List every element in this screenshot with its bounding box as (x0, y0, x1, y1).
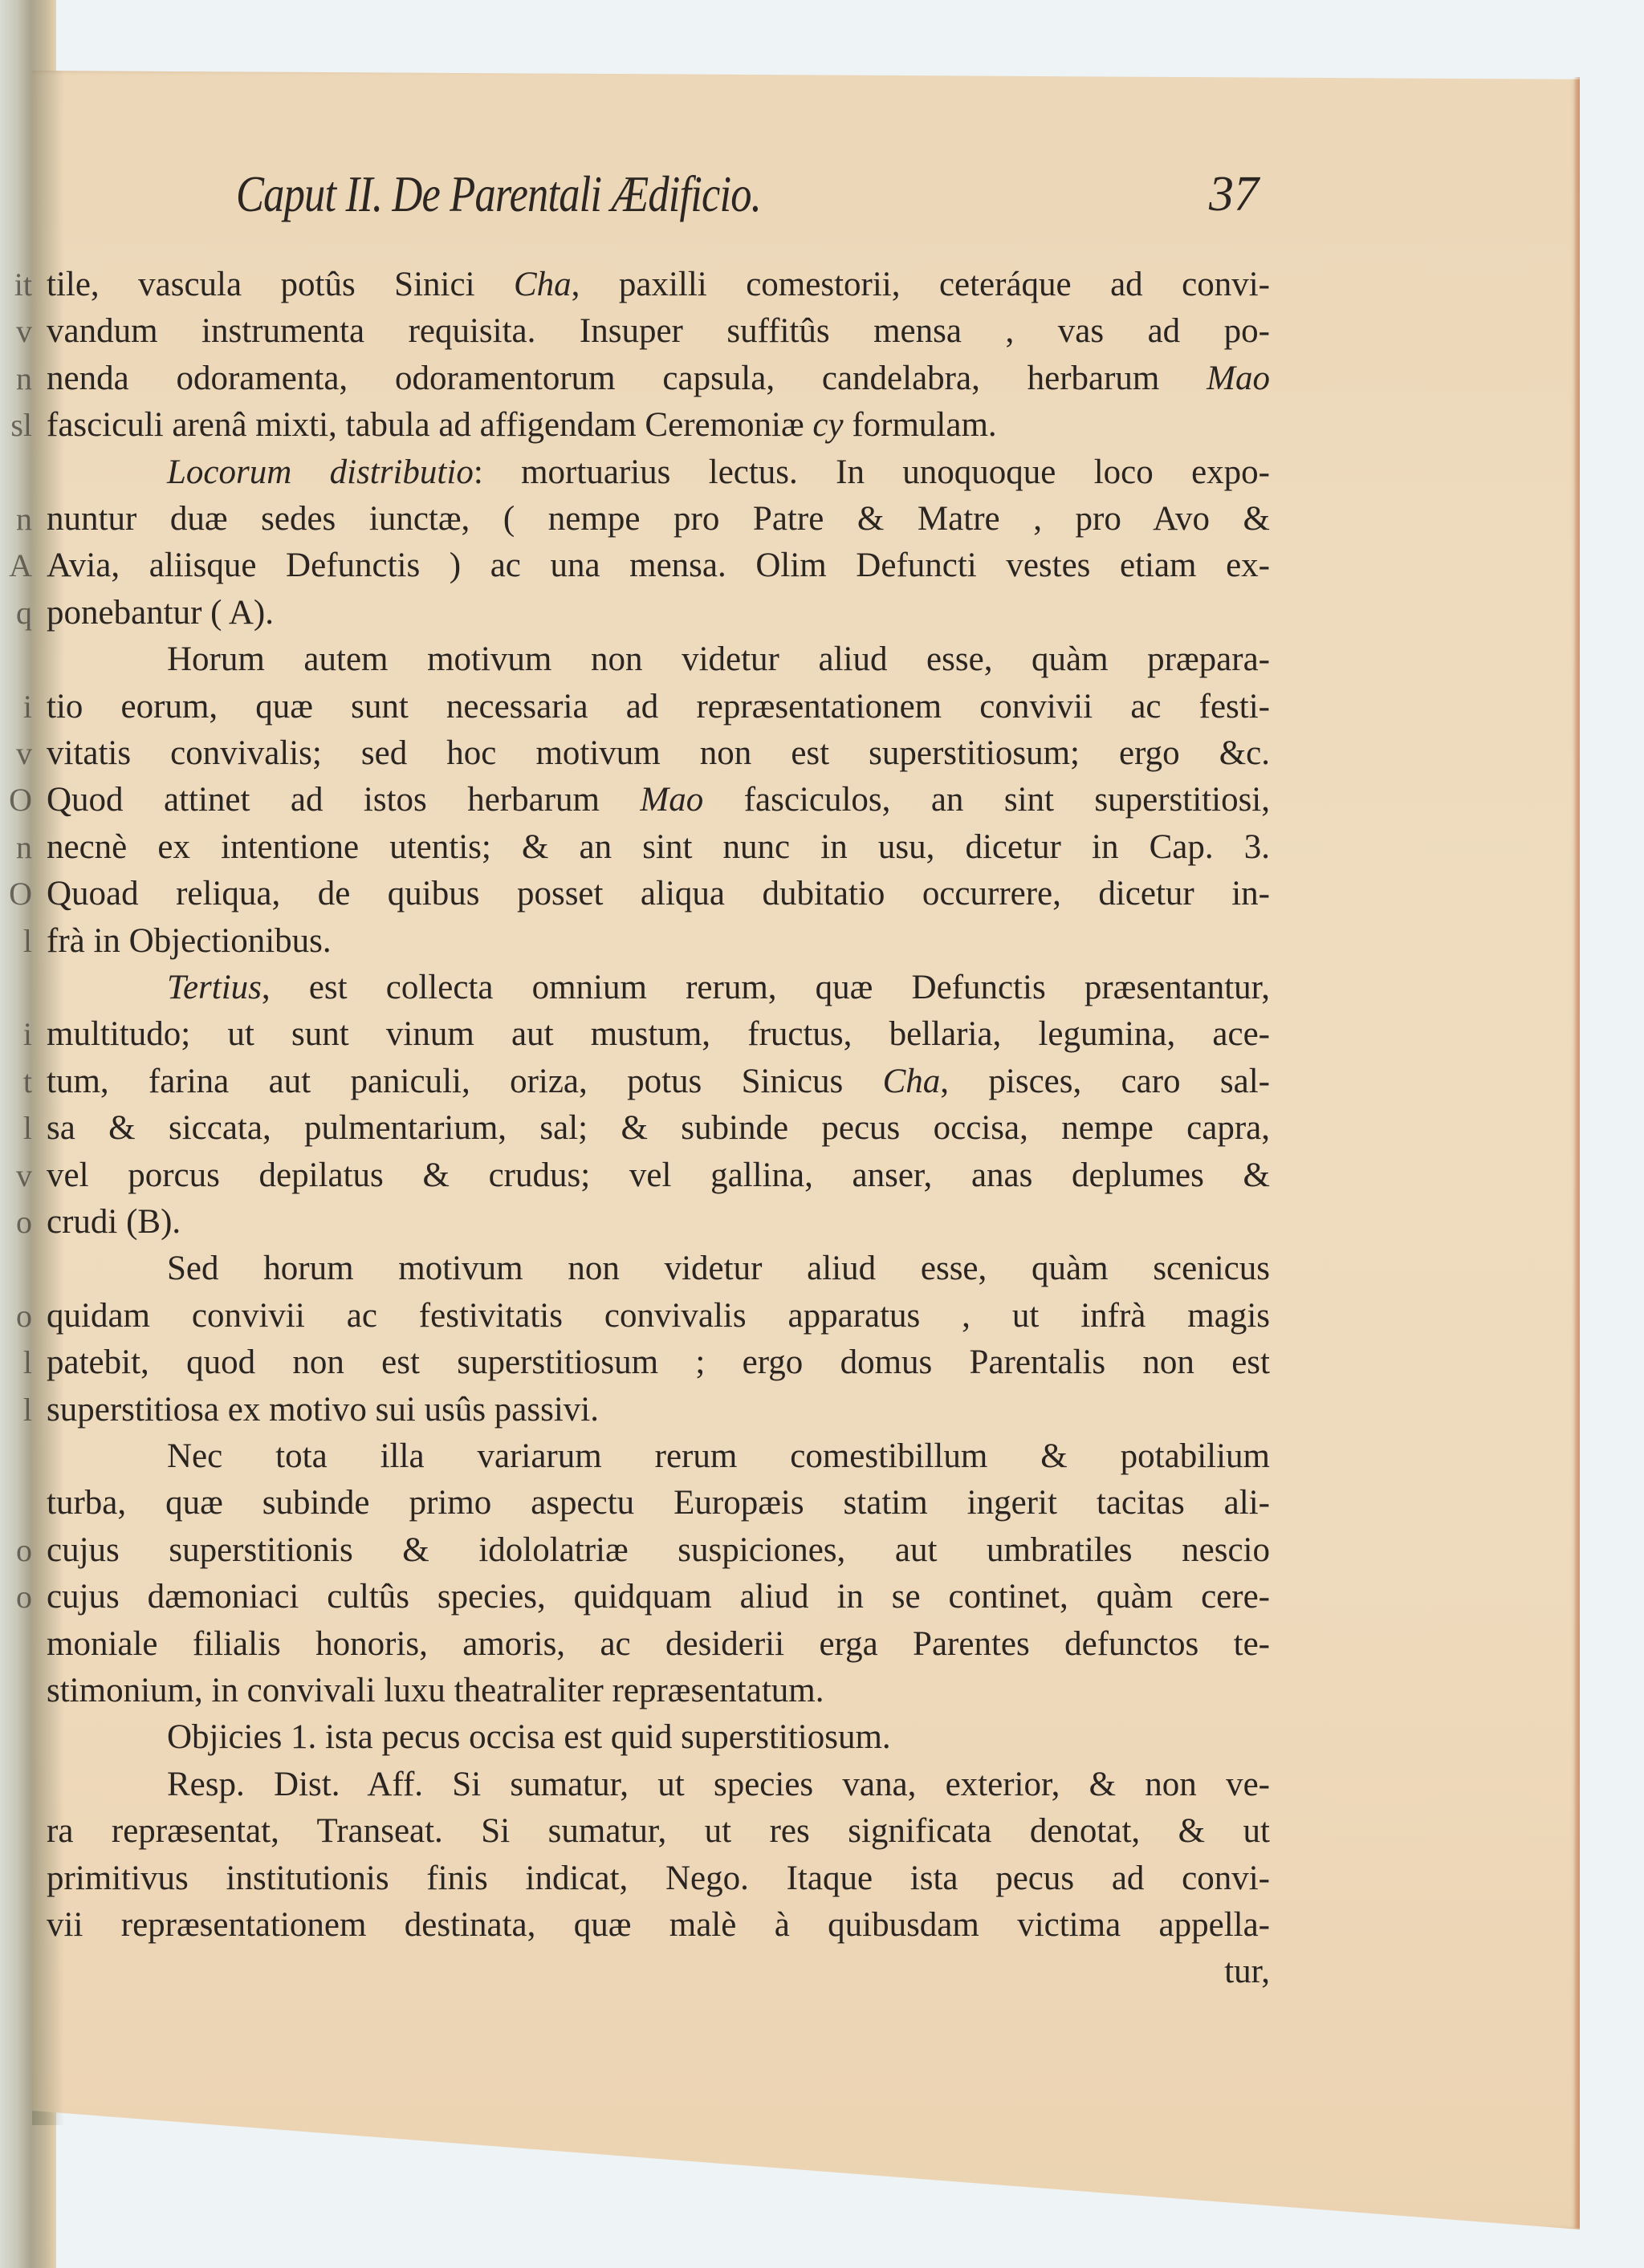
running-header: Caput II. De Parentali Ædificio. 37 (236, 165, 1272, 229)
margin-fragment: O (0, 871, 32, 917)
text-line: crudi (B). (47, 1199, 1270, 1246)
text-line: fasciculi arenâ mixti, tabula ad affigen… (47, 402, 1270, 449)
text-line: vitatis convivalis; sed hoc motivum non … (47, 730, 1270, 777)
text-line: tur, (47, 1949, 1270, 1995)
text-line: multitudo; ut sunt vinum aut mustum, fru… (47, 1011, 1270, 1058)
text-line: Resp. Dist. Aff. Si sumatur, ut species … (47, 1762, 1270, 1808)
margin-fragment: i (0, 684, 32, 730)
text-line: necnè ex intentione utentis; & an sint n… (47, 824, 1270, 871)
page-number: 37 (1209, 166, 1259, 223)
margin-fragment: v (0, 308, 32, 355)
text-line: Quod attinet ad istos herbarum Mao fasci… (47, 777, 1270, 823)
page-edge (1573, 77, 1580, 2228)
text-line: Avia, aliisque Defunctis ) ac una mensa.… (47, 543, 1270, 589)
margin-fragment: o (0, 1574, 32, 1620)
text-line: tile, vasculа potûs Sinici Cha, paxilli … (47, 262, 1270, 308)
text-line: ra repræsentat, Transeat. Si sumatur, ut… (47, 1808, 1270, 1855)
text-line: patebit, quod non est superstitiosum ; e… (47, 1339, 1270, 1386)
margin-fragment: n (0, 496, 32, 543)
margin-fragment: it (0, 262, 32, 308)
text-line: Nec tota illa variarum rerum comestibill… (47, 1433, 1270, 1480)
text-line: moniale filialis honoris, amoris, ac des… (47, 1621, 1270, 1668)
margin-fragment: l (0, 918, 32, 965)
margin-fragment: A (0, 543, 32, 589)
text-line: Tertius, est collecta omnium rerum, quæ … (47, 965, 1270, 1011)
margin-fragment: q (0, 590, 32, 636)
margin-fragment: o (0, 1527, 32, 1574)
text-line: quidam convivii ac festivitatis convival… (47, 1293, 1270, 1339)
text-line: Locorum distributio: mortuarius lectus. … (47, 449, 1270, 496)
text-line: turba, quæ subinde primo aspectu Europæi… (47, 1480, 1270, 1526)
running-title: Caput II. De Parentali Ædificio. (236, 165, 761, 224)
margin-fragment: O (0, 777, 32, 823)
text-line: nenda odoramenta, odoramentorum capsula,… (47, 356, 1270, 402)
margin-fragment: l (0, 1387, 32, 1433)
text-line: vii repræsentationem destinata, quæ malè… (47, 1902, 1270, 1949)
margin-fragment: sl (0, 402, 32, 449)
margin-fragment: o (0, 1199, 32, 1246)
text-line: sa & siccata, pulmentarium, sal; & subin… (47, 1105, 1270, 1152)
text-line: cujus superstitionis & idololatriæ suspi… (47, 1527, 1270, 1574)
text-line: frà in Objectionibus. (47, 918, 1270, 965)
text-line: nuntur duæ sedes iunctæ, ( nempe pro Pat… (47, 496, 1270, 543)
text-line: Objicies 1. ista pecus occisa est quid s… (47, 1714, 1270, 1761)
margin-fragment: v (0, 1152, 32, 1199)
text-line: stimonium, in convivali luxu theatralite… (47, 1668, 1270, 1714)
text-line: primitivus institutionis finis indicat, … (47, 1855, 1270, 1902)
text-line: superstitiosa ex motivo sui usûs passivi… (47, 1387, 1270, 1433)
margin-fragment: l (0, 1105, 32, 1152)
text-line: cujus dæmoniaci cultûs species, quidquam… (47, 1574, 1270, 1620)
text-line: Sed horum motivum non videtur aliud esse… (47, 1246, 1270, 1292)
text-line: vandum instrumenta requisita. Insuper su… (47, 308, 1270, 355)
text-line: ponebantur ( A). (47, 590, 1270, 636)
margin-fragment: n (0, 356, 32, 402)
margin-fragment: t (0, 1059, 32, 1105)
text-line: Horum autem motivum non videtur aliud es… (47, 636, 1270, 683)
margin-fragment: i (0, 1011, 32, 1058)
text-line: tio eorum, quæ sunt necessaria ad repræs… (47, 684, 1270, 730)
text-line: tum, farina aut paniculi, oriza, potus S… (47, 1059, 1270, 1105)
text-line: Quoad reliqua, de quibus posset aliqua d… (47, 871, 1270, 917)
margin-fragment: v (0, 730, 32, 777)
text-line: vel porcus depilatus & crudus; vel galli… (47, 1152, 1270, 1199)
margin-fragment: o (0, 1293, 32, 1339)
margin-fragment: n (0, 824, 32, 871)
margin-fragment: l (0, 1339, 32, 1386)
